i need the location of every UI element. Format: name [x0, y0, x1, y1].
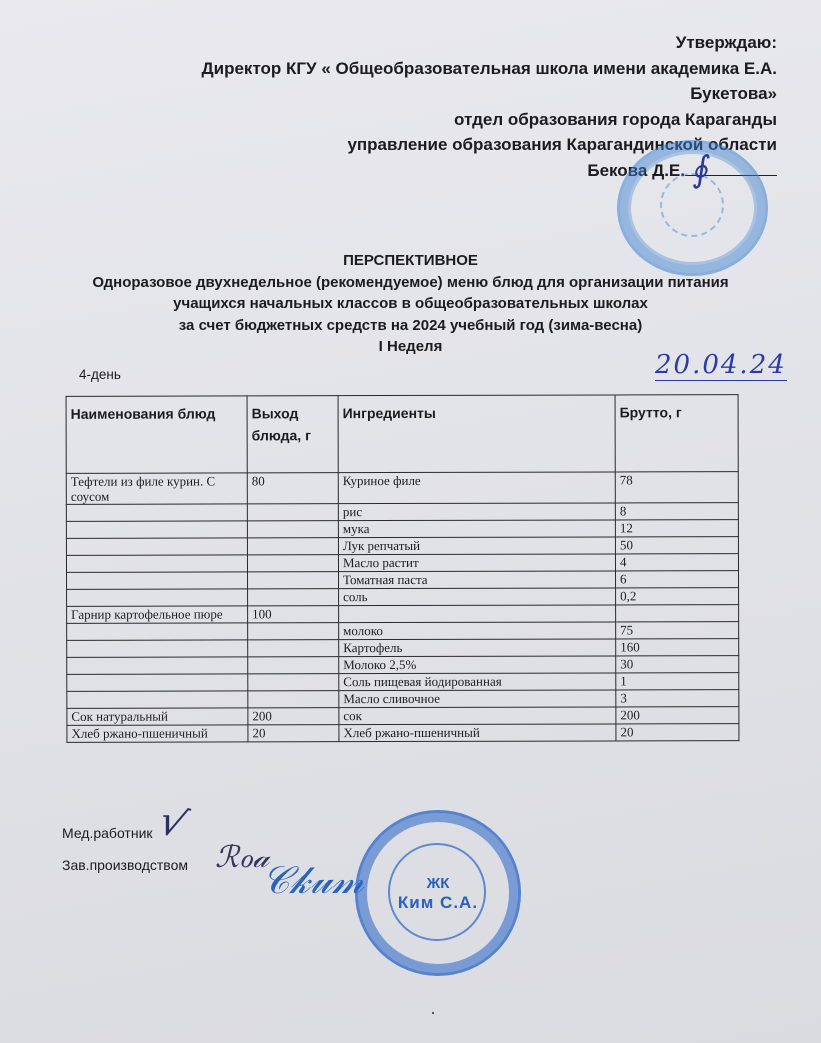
stamp-inner-ring [388, 843, 486, 941]
cell-yield: 200 [248, 708, 339, 725]
paper-mark [432, 1012, 434, 1014]
table-header-row: Наименования блюд Выход блюда, г Ингреди… [66, 395, 738, 474]
approval-heading: Утверждаю: [202, 30, 777, 56]
cell-gross: 8 [615, 503, 738, 520]
cell-ingredient: Хлеб ржано-пшеничный [339, 724, 616, 742]
cell-ingredient [339, 605, 616, 623]
title-line-4: за счет бюджетных средств на 2024 учебны… [0, 315, 821, 337]
cell-gross: 200 [616, 707, 739, 724]
cell-dish-name [67, 572, 248, 589]
cell-dish-name [67, 657, 248, 674]
cell-yield [248, 640, 339, 657]
cell-dish-name [67, 640, 248, 657]
stamp-text-name: Ким С.А. [358, 893, 518, 913]
cell-dish-name [66, 555, 247, 572]
cell-yield [248, 623, 339, 640]
table-row: Молоко 2,5%30 [67, 656, 739, 675]
cell-ingredient: рис [338, 503, 615, 521]
cell-yield [248, 589, 339, 606]
cell-dish-name [67, 589, 248, 606]
cell-yield [247, 504, 338, 521]
table-row: Тефтели из филе курин. С соусом80Куриное… [66, 472, 738, 505]
cell-dish-name [66, 504, 247, 521]
approval-department: отдел образования города Караганды [202, 107, 777, 133]
approval-school-name: Букетова» [202, 81, 777, 107]
cell-ingredient: сок [339, 707, 616, 725]
menu-table: Наименования блюд Выход блюда, г Ингреди… [66, 394, 740, 743]
cell-gross: 3 [616, 690, 739, 707]
cell-yield: 80 [247, 473, 338, 504]
table-row: молоко75 [67, 622, 739, 641]
table-row: мука12 [66, 520, 738, 539]
med-worker-label: Мед.работник [62, 825, 153, 841]
cell-dish-name: Сок натуральный [67, 708, 248, 725]
cell-ingredient: Масло растит [338, 554, 615, 572]
stamp-text-type: ЖК [358, 875, 518, 892]
title-line-2: Одноразовое двухнедельное (рекомендуемое… [0, 272, 821, 294]
cell-yield [247, 521, 338, 538]
approval-director: Директор КГУ « Общеобразовательная школа… [202, 56, 777, 82]
cell-yield: 20 [248, 725, 339, 742]
table-row: соль0,2 [67, 588, 739, 607]
cell-ingredient: Куриное филе [338, 472, 615, 504]
cell-yield: 100 [248, 606, 339, 623]
cell-gross: 75 [616, 622, 739, 639]
cell-ingredient: соль [339, 588, 616, 606]
cell-gross: 20 [616, 724, 739, 741]
header-yield: Выход блюда, г [247, 396, 338, 473]
cell-yield [248, 657, 339, 674]
production-head-label: Зав.производством [62, 857, 188, 873]
cell-dish-name [67, 674, 248, 691]
cell-yield [248, 674, 339, 691]
cell-ingredient: мука [338, 520, 615, 538]
cell-ingredient: молоко [339, 622, 616, 640]
cell-yield [248, 572, 339, 589]
cell-yield [248, 691, 339, 708]
cell-gross: 12 [615, 520, 738, 537]
cell-gross: 0,2 [616, 588, 739, 605]
cell-ingredient: Масло сливочное [339, 690, 616, 708]
cell-gross: 78 [615, 472, 738, 503]
table-row: Картофель160 [67, 639, 739, 658]
table-row: Соль пищевая йодированная1 [67, 673, 739, 692]
day-label: 4-день [79, 367, 121, 382]
cell-ingredient: Картофель [339, 639, 616, 657]
header-dish-name: Наименования блюд [66, 396, 247, 473]
title-line-3: учащихся начальных классов в общеобразов… [0, 293, 821, 315]
cell-gross: 50 [615, 537, 738, 554]
cell-gross: 1 [616, 673, 739, 690]
table-row: Томатная паста6 [67, 571, 739, 590]
cell-dish-name [67, 691, 248, 708]
cell-gross: 30 [616, 656, 739, 673]
cell-gross: 4 [615, 554, 738, 571]
cell-gross [616, 605, 739, 622]
title-line-1: ПЕРСПЕКТИВНОЕ [0, 250, 821, 272]
cell-yield [247, 538, 338, 555]
cell-ingredient: Лук репчатый [338, 537, 615, 555]
cell-gross: 160 [616, 639, 739, 656]
cell-gross: 6 [616, 571, 739, 588]
table-row: Хлеб ржано-пшеничный20Хлеб ржано-пшеничн… [67, 724, 739, 743]
cell-dish-name [66, 538, 247, 555]
table-row: Сок натуральный200сок200 [67, 707, 739, 726]
table-row: Гарнир картофельное пюре100 [67, 605, 739, 624]
header-ingredients: Ингредиенты [338, 395, 615, 473]
cell-dish-name [66, 521, 247, 538]
table-row: Масло сливочное3 [67, 690, 739, 709]
handwritten-date: 20.04.24 [655, 350, 787, 381]
cell-dish-name: Хлеб ржано-пшеничный [67, 725, 248, 742]
cell-ingredient: Томатная паста [339, 571, 616, 589]
entrepreneur-stamp-icon: ЖК Ким С.А. [355, 810, 521, 976]
med-worker-signature-icon: √ [153, 797, 193, 849]
cell-yield [247, 555, 338, 572]
table-row: рис8 [66, 503, 738, 522]
cell-dish-name: Гарнир картофельное пюре [67, 606, 248, 623]
table-row: Масло растит4 [66, 554, 738, 573]
header-gross: Брутто, г [615, 395, 738, 472]
cell-dish-name: Тефтели из филе курин. С соусом [66, 473, 247, 504]
kim-signature-icon: 𝒞𝓀𝓊𝓂 [262, 858, 364, 903]
cell-ingredient: Молоко 2,5% [339, 656, 616, 674]
table-body: Тефтели из филе курин. С соусом80Куриное… [66, 472, 739, 743]
cell-dish-name [67, 623, 248, 640]
table-row: Лук репчатый50 [66, 537, 738, 556]
cell-ingredient: Соль пищевая йодированная [339, 673, 616, 691]
document-title: ПЕРСПЕКТИВНОЕ Одноразовое двухнедельное … [0, 250, 821, 358]
